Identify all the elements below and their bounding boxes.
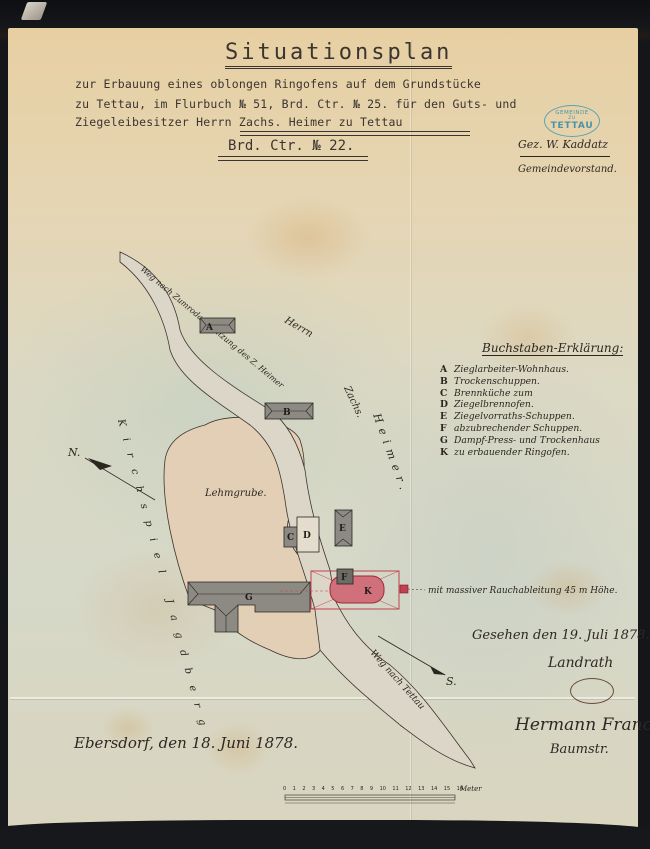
svg-text:G: G — [245, 593, 253, 603]
legend-item-d: DZiegelbrennofen. — [440, 399, 600, 411]
scale-tick: 0 — [283, 786, 286, 796]
building-e: E — [335, 510, 352, 546]
legend-item-b: BTrockenschuppen. — [440, 376, 600, 388]
approval-text: Gesehen den 19. Juli 1878. — [472, 628, 650, 643]
surveyor-name: Hermann Francke, — [515, 715, 650, 735]
legend-title: Buchstaben-Erklärung: — [482, 341, 623, 356]
scale-tick: 13 — [418, 786, 424, 796]
building-a: A — [200, 318, 235, 333]
legend-item-k: Kzu erbauender Ringofen. — [440, 447, 600, 459]
svg-text:A: A — [205, 323, 214, 333]
scale-tick: 8 — [360, 786, 363, 796]
north-label: N. — [67, 446, 80, 459]
scale-tick: 9 — [370, 786, 373, 796]
legend-text: Brennküche zum — [454, 388, 533, 399]
legend-item-a: AZieglarbeiter-Wohnhaus. — [440, 364, 600, 376]
legend-key: C — [440, 388, 454, 400]
scale-tick-labels: 012345678910111213141516 — [283, 786, 463, 796]
owner-field-label-3: Heimer. — [370, 411, 412, 497]
legend-key: F — [440, 423, 454, 435]
legend-key: G — [440, 435, 454, 447]
scale-tick: 12 — [405, 786, 411, 796]
landrath-signature: Landrath — [548, 655, 613, 671]
surveyor-role: Baumstr. — [550, 742, 609, 757]
scale-tick: 14 — [431, 786, 437, 796]
legend-text: Trockenschuppen. — [454, 376, 540, 387]
legend-item-e: EZiegelvorraths-Schuppen. — [440, 411, 600, 423]
seal-circle — [570, 678, 614, 704]
legend-text: Ziegelvorraths-Schuppen. — [454, 411, 575, 422]
svg-text:D: D — [303, 531, 311, 541]
scale-bar — [285, 795, 455, 803]
building-f: F — [337, 569, 353, 584]
legend-item-g: GDampf-Press- und Trockenhaus — [440, 435, 600, 447]
svg-text:K: K — [364, 587, 373, 597]
chimney-icon — [400, 585, 408, 593]
legend-item-f: Fabzubrechender Schuppen. — [440, 423, 600, 435]
legend-text: Dampf-Press- und Trockenhaus — [454, 435, 600, 446]
scale-unit: Meter — [460, 785, 482, 793]
scale-tick: 4 — [322, 786, 325, 796]
owner-field-label-1: Herrn — [282, 315, 315, 340]
north-arrow-head-icon — [88, 458, 112, 470]
scale-tick: 7 — [351, 786, 354, 796]
scale-tick: 1 — [293, 786, 296, 796]
scale-tick: 6 — [341, 786, 344, 796]
building-b: B — [265, 403, 313, 419]
chimney-note: mit massiver Rauchableitung 45 m Höhe. — [428, 586, 618, 596]
scale-tick: 5 — [331, 786, 334, 796]
svg-text:E: E — [339, 524, 346, 534]
scan-bed-bottom-edge — [0, 820, 650, 849]
legend-key: B — [440, 376, 454, 388]
svg-text:C: C — [287, 533, 294, 543]
clay-pit-label: Lehmgrube. — [204, 488, 267, 499]
legend-key: K — [440, 447, 454, 459]
scale-tick: 10 — [380, 786, 386, 796]
scale-tick: 15 — [444, 786, 450, 796]
building-c: C — [284, 527, 298, 547]
legend-text: Zieglarbeiter-Wohnhaus. — [454, 364, 569, 375]
south-label: S. — [446, 675, 457, 688]
scale-tick: 11 — [392, 786, 398, 796]
scale-tick: 2 — [302, 786, 305, 796]
legend-text: Ziegelbrennofen. — [454, 399, 534, 410]
scale-tick: 3 — [312, 786, 315, 796]
owner-field-label-2: Zachs. — [341, 384, 365, 420]
svg-text:F: F — [341, 573, 348, 583]
building-d: D — [297, 517, 319, 552]
legend-key: D — [440, 399, 454, 411]
legend-list: AZieglarbeiter-Wohnhaus.BTrockenschuppen… — [440, 364, 600, 458]
legend-key: A — [440, 364, 454, 376]
legend-item-c: CBrennküche zum — [440, 388, 600, 400]
svg-text:B: B — [283, 408, 291, 418]
legend-text: abzubrechender Schuppen. — [454, 423, 582, 434]
place-date: Ebersdorf, den 18. Juni 1878. — [74, 734, 298, 752]
legend-text: zu erbauender Ringofen. — [454, 447, 570, 458]
scanned-map-page: Situationsplan zur Erbauung eines oblong… — [0, 0, 650, 849]
legend-key: E — [440, 411, 454, 423]
